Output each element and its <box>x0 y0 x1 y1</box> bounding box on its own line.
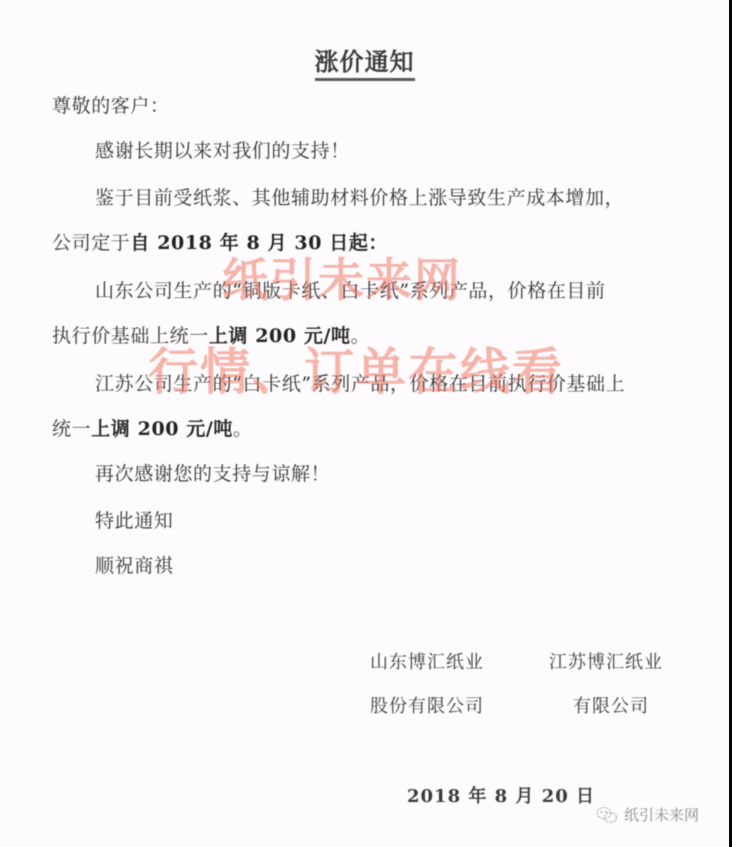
document-date: 2018 年 8 月 20 日 <box>407 782 595 808</box>
signature-jiangsu-line2: 有限公司 <box>573 692 649 718</box>
salutation: 尊敬的客户： <box>52 94 170 118</box>
signature-shandong-line1: 山东博汇纸业 <box>370 648 484 674</box>
brand-footer: 纸引未来网 <box>596 804 699 825</box>
paragraph-reason-line1: 鉴于目前受纸浆、其他辅助材料价格上涨导致生产成本增加， <box>95 186 624 210</box>
brand-label: 纸引未来网 <box>624 804 699 825</box>
paragraph-jiangsu-line2: 统一上调 200 元/吨。 <box>52 417 253 441</box>
paragraph-closing: 顺祝商祺 <box>95 554 173 578</box>
paragraph-notice: 特此通知 <box>95 509 173 533</box>
paragraph-thanks-again: 再次感谢您的支持与谅解！ <box>95 462 330 486</box>
document-title-text: 涨价通知 <box>315 47 415 81</box>
shandong-price-increase: 上调 200 元/吨 <box>209 325 351 347</box>
document-title: 涨价通知 <box>0 42 729 77</box>
shandong-prefix: 执行价基础上统一 <box>52 325 209 347</box>
signature-shandong-line2: 股份有限公司 <box>370 692 484 718</box>
wechat-icon <box>596 806 618 824</box>
effective-date: 自 2018 年 8 月 30 日起： <box>130 232 388 254</box>
signature-jiangsu-line1: 江苏博汇纸业 <box>549 648 663 674</box>
reason-prefix: 公司定于 <box>52 232 130 254</box>
notice-page: 涨价通知 尊敬的客户： 感谢长期以来对我们的支持！ 鉴于目前受纸浆、其他辅助材料… <box>0 0 729 847</box>
paragraph-shandong-line1: 山东公司生产的“铜版卡纸、白卡纸”系列产品，价格在目前 <box>95 279 606 303</box>
paragraph-reason-line2: 公司定于自 2018 年 8 月 30 日起： <box>52 231 388 255</box>
jiangsu-prefix: 统一 <box>52 418 91 440</box>
shandong-suffix: 。 <box>351 325 371 347</box>
jiangsu-price-increase: 上调 200 元/吨 <box>91 418 233 440</box>
paragraph-jiangsu-line1: 江苏公司生产的“白卡纸”系列产品，价格在目前执行价基础上 <box>95 372 625 396</box>
paragraph-shandong-line2: 执行价基础上统一上调 200 元/吨。 <box>52 324 370 348</box>
paragraph-thanks: 感谢长期以来对我们的支持！ <box>95 139 350 163</box>
jiangsu-suffix: 。 <box>233 418 253 440</box>
